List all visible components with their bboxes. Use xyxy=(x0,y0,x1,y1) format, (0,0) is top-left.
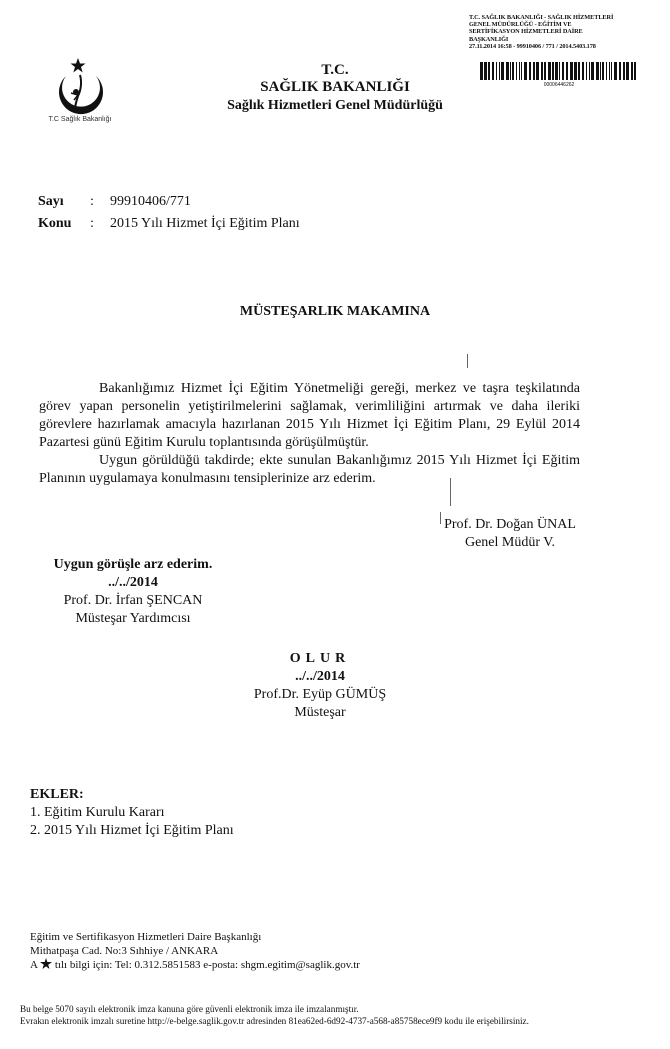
stamp-line: BAŞKANLIĞI xyxy=(469,36,659,43)
signature-deputy-undersecretary: Uygun görüşle arz ederim. ../../2014 Pro… xyxy=(38,556,228,628)
reference-number-value: 99910406/771 xyxy=(110,194,191,209)
body-paragraph-1: Bakanlığımız Hizmet İçi Eğitim Yönetmeli… xyxy=(39,380,580,452)
signatory-title: Müsteşar Yardımcısı xyxy=(38,610,228,628)
approval-date: ../../2014 xyxy=(225,668,415,686)
attachment-item: 1. Eğitim Kurulu Kararı xyxy=(30,804,234,822)
header-directorate: Sağlık Hizmetleri Genel Müdürlüğü xyxy=(150,98,520,114)
letter-body: Bakanlığımız Hizmet İçi Eğitim Yönetmeli… xyxy=(39,380,580,488)
signatory-title: Müsteşar xyxy=(225,704,415,722)
star-stamp-icon xyxy=(40,958,52,970)
e-signature-notice: Bu belge 5070 sayılı elektronik imza kan… xyxy=(20,1003,529,1027)
notice-line-2: Evrakın elektronik imzalı suretine http:… xyxy=(20,1015,529,1027)
subject-value: 2015 Yılı Hizmet İçi Eğitim Planı xyxy=(110,216,300,231)
recipient-heading: MÜSTEŞARLIK MAKAMINA xyxy=(0,304,670,320)
approval-block: OLUR ../../2014 Prof.Dr. Eyüp GÜMÜŞ Müst… xyxy=(225,650,415,722)
approval-heading: OLUR xyxy=(225,650,415,668)
reference-number-label: Sayı xyxy=(38,194,90,210)
reference-number-row: Sayı:99910406/771 xyxy=(38,194,191,210)
signatory-name: Prof. Dr. İrfan ŞENCAN xyxy=(38,592,228,610)
scan-artifact xyxy=(440,512,441,524)
contact-prefix: A xyxy=(30,959,37,971)
signatory-title: Genel Müdür V. xyxy=(425,534,595,552)
contact-text: tılı bilgi için: Tel: 0.312.5851583 e-po… xyxy=(55,959,360,971)
signatory-name: Prof.Dr. Eyüp GÜMÜŞ xyxy=(225,686,415,704)
subject-row: Konu:2015 Yılı Hizmet İçi Eğitim Planı xyxy=(38,216,300,232)
signatory-name: Prof. Dr. Doğan ÜNAL xyxy=(425,516,595,534)
scan-artifact xyxy=(450,478,451,506)
separator: : xyxy=(90,216,110,232)
subject-label: Konu xyxy=(38,216,90,232)
endorsement-date: ../../2014 xyxy=(38,574,228,592)
stamp-line: SERTİFİKASYON HİZMETLERİ DAİRE xyxy=(469,28,659,35)
attachment-item: 2. 2015 Yılı Hizmet İçi Eğitim Planı xyxy=(30,822,234,840)
header-country: T.C. xyxy=(150,62,520,79)
scan-artifact xyxy=(467,354,468,368)
body-paragraph-2: Uygun görüldüğü takdirde; ekte sunulan B… xyxy=(39,452,580,488)
footer-contact-line: A tılı bilgi için: Tel: 0.312.5851583 e-… xyxy=(30,958,360,972)
endorsement-heading: Uygun görüşle arz ederim. xyxy=(38,556,228,574)
signature-general-director: Prof. Dr. Doğan ÜNAL Genel Müdür V. xyxy=(425,516,595,552)
footer-department: Eğitim ve Sertifikasyon Hizmetleri Daire… xyxy=(30,930,360,944)
separator: : xyxy=(90,194,110,210)
footer-address: Mithatpaşa Cad. No:3 Sıhhiye / ANKARA xyxy=(30,944,360,958)
footer-contact: Eğitim ve Sertifikasyon Hizmetleri Daire… xyxy=(30,930,360,972)
header-ministry: SAĞLIK BAKANLIĞI xyxy=(150,79,520,96)
electronic-stamp: T.C. SAĞLIK BAKANLIĞI - SAĞLIK HİZMETLER… xyxy=(469,14,659,50)
stamp-line: 27.11.2014 16:58 - 99910406 / 771 / 2014… xyxy=(469,43,659,50)
notice-line-1: Bu belge 5070 sayılı elektronik imza kan… xyxy=(20,1003,529,1015)
stamp-line: GENEL MÜDÜRLÜĞÜ - EĞİTİM VE xyxy=(469,21,659,28)
attachments-list: EKLER: 1. Eğitim Kurulu Kararı 2. 2015 Y… xyxy=(30,786,234,840)
attachments-heading: EKLER: xyxy=(30,786,234,804)
logo-caption: T.C Sağlık Bakanlığı xyxy=(38,116,122,123)
